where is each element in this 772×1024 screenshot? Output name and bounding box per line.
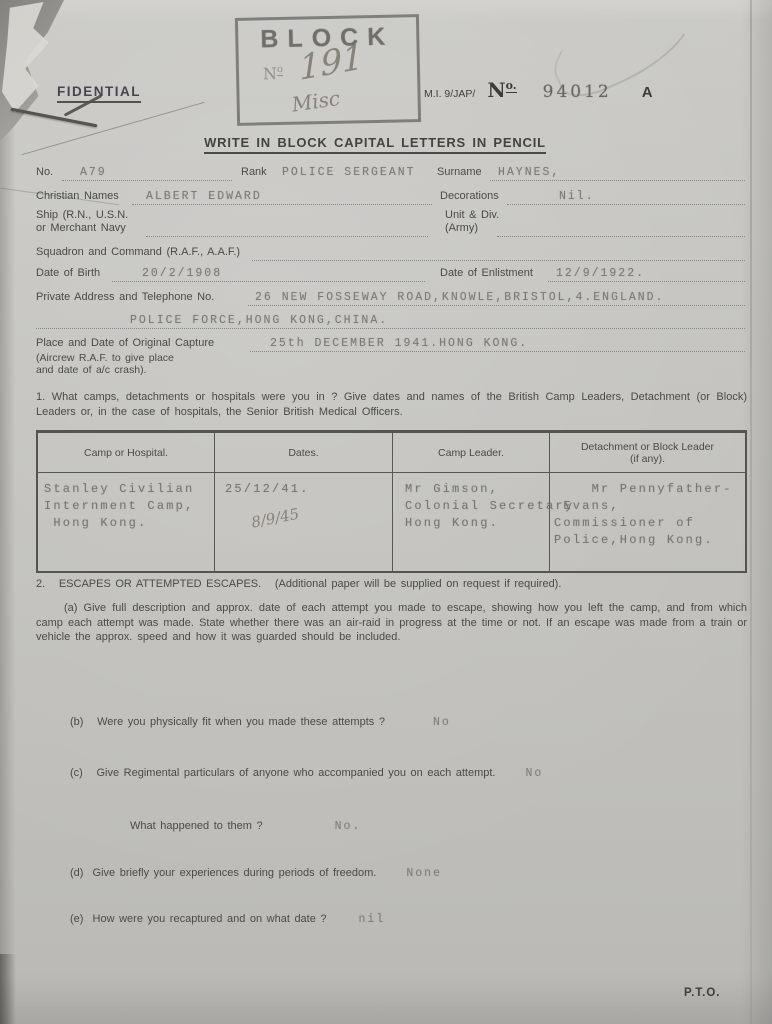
unit-label-line1: Unit & Div.: [445, 209, 499, 221]
question-2b-label: (b) Were you physically fit when you mad…: [70, 716, 385, 728]
date-of-birth-value: 20/2/1908: [142, 267, 222, 280]
scanned-pow-questionnaire-page: BLOCK No 191 Misc FIDENTIAL M.I. 9/JAP/ …: [0, 0, 772, 1024]
question-1-text: 1. What camps, detachments or hospitals …: [36, 390, 747, 419]
mi9-jap-label: M.I. 9/JAP/: [424, 88, 475, 100]
no-label: No.: [36, 166, 53, 178]
table-header-camp-leader: Camp Leader.: [392, 433, 549, 473]
camps-table: Camp or Hospital. Dates. Camp Leader. De…: [36, 430, 747, 573]
table-header-camp: Camp or Hospital.: [38, 433, 214, 473]
rank-value: POLICE SERGEANT: [282, 166, 416, 179]
question-2-heading: 2. ESCAPES OR ATTEMPTED ESCAPES. (Additi…: [36, 578, 561, 590]
date-of-enlistment-value: 12/9/1922.: [556, 267, 645, 280]
capture-label: Place and Date of Original Capture: [36, 337, 214, 349]
file-number: 94012: [543, 82, 612, 102]
dates-handwritten-value: 8/9/45: [250, 502, 312, 531]
table-header-dates: Dates.: [214, 433, 392, 473]
address-value-line1: 26 NEW FOSSEWAY ROAD,KNOWLE,BRISTOL,4.EN…: [255, 291, 664, 304]
table-cell-camp: Stanley Civilian Internment Camp, Hong K…: [38, 473, 214, 571]
page-edge-shadow: [0, 954, 16, 1024]
question-2d-label: (d) Give briefly your experiences during…: [70, 867, 376, 879]
file-reference: M.I. 9/JAP/ No. 94012 A: [424, 78, 653, 102]
decorations-value: Nil.: [559, 190, 595, 203]
question-2e-label: (e) How were you recaptured and on what …: [70, 913, 327, 925]
ship-label-line2: or Merchant Navy: [36, 222, 126, 234]
capture-value: 25th DECEMBER 1941.HONG KONG.: [270, 337, 528, 350]
stamp-note-handwritten: Misc: [290, 86, 341, 117]
question-2c2-row: What happened to them ?No.: [130, 820, 361, 833]
no-value: A79: [80, 166, 107, 179]
table-header-block-leader: Detachment or Block Leader (if any).: [549, 433, 745, 473]
dates-typed-value: 25/12/41.: [225, 481, 392, 498]
date-of-enlistment-field: 12/9/1922.: [548, 265, 745, 282]
question-2c2-label: What happened to them ?: [130, 820, 263, 832]
surname-value: HAYNES,: [498, 166, 560, 179]
address-value-line2: POLICE FORCE,HONG KONG,CHINA.: [130, 314, 388, 327]
ship-field: [146, 220, 428, 237]
question-2c2-answer: No.: [335, 820, 362, 833]
table-cell-block-leader: Mr Pennyfather- Evans, Commissioner of P…: [549, 473, 745, 571]
question-2c-label: (c) Give Regimental particulars of anyon…: [70, 767, 496, 779]
question-2c-row: (c) Give Regimental particulars of anyon…: [70, 767, 543, 780]
confidential-heading: FIDENTIAL: [57, 84, 141, 103]
file-suffix-letter: A: [642, 84, 653, 101]
table-cell-camp-leader: Mr Gimson, Colonial Secretary Hong Kong.: [392, 473, 549, 571]
capture-note-line2: and date of a/c crash).: [36, 364, 146, 376]
christian-names-field: ALBERT EDWARD: [132, 188, 432, 205]
date-of-birth-label: Date of Birth: [36, 267, 100, 279]
address-field-line2: POLICE FORCE,HONG KONG,CHINA.: [36, 312, 745, 329]
question-2e-answer: nil: [359, 913, 386, 926]
christian-names-label: Christian Names: [36, 190, 119, 202]
question-2d-answer: None: [406, 867, 442, 880]
surname-field: HAYNES,: [490, 164, 745, 181]
rank-label: Rank: [241, 166, 267, 178]
table-cell-dates: 25/12/41. 8/9/45: [214, 473, 392, 571]
surname-label: Surname: [437, 166, 482, 178]
stamp-no-label: No: [263, 64, 283, 83]
question-2c-answer: No: [526, 767, 544, 780]
unit-label-line2: (Army): [445, 222, 478, 234]
address-label: Private Address and Telephone No.: [36, 291, 214, 303]
question-2d-row: (d) Give briefly your experiences during…: [70, 867, 442, 880]
binding-string: [11, 108, 98, 128]
unit-field: [497, 220, 745, 237]
pto-label: P.T.O.: [684, 987, 720, 999]
fold-line: [750, 0, 752, 1024]
no-field: A79: [62, 164, 232, 181]
decorations-field: Nil.: [507, 188, 745, 205]
capture-note-line1: (Aircrew R.A.F. to give place: [36, 352, 174, 364]
question-2e-row: (e) How were you recaptured and on what …: [70, 913, 385, 926]
numero-sign: No.: [487, 78, 516, 102]
squadron-label: Squadron and Command (R.A.F., A.A.F.): [36, 246, 240, 258]
question-2b-answer: No: [433, 716, 451, 729]
question-2a-text: (a) Give full description and approx. da…: [36, 601, 747, 645]
date-of-birth-field: 20/2/1908: [112, 265, 425, 282]
block-number-stamp: BLOCK No 191 Misc: [235, 14, 421, 126]
torn-corner-paper: [2, 2, 132, 147]
ship-label-line1: Ship (R.N., U.S.N.: [36, 209, 128, 221]
question-2b-row: (b) Were you physically fit when you mad…: [70, 716, 451, 729]
capture-field: 25th DECEMBER 1941.HONG KONG.: [250, 335, 745, 352]
christian-names-value: ALBERT EDWARD: [146, 190, 262, 203]
address-field-line1: 26 NEW FOSSEWAY ROAD,KNOWLE,BRISTOL,4.EN…: [248, 289, 745, 306]
form-title: WRITE IN BLOCK CAPITAL LETTERS IN PENCIL: [175, 134, 575, 152]
form-title-text: WRITE IN BLOCK CAPITAL LETTERS IN PENCIL: [204, 135, 546, 154]
squadron-field: [252, 244, 745, 261]
decorations-label: Decorations: [440, 190, 499, 202]
date-of-enlistment-label: Date of Enlistment: [440, 267, 533, 279]
